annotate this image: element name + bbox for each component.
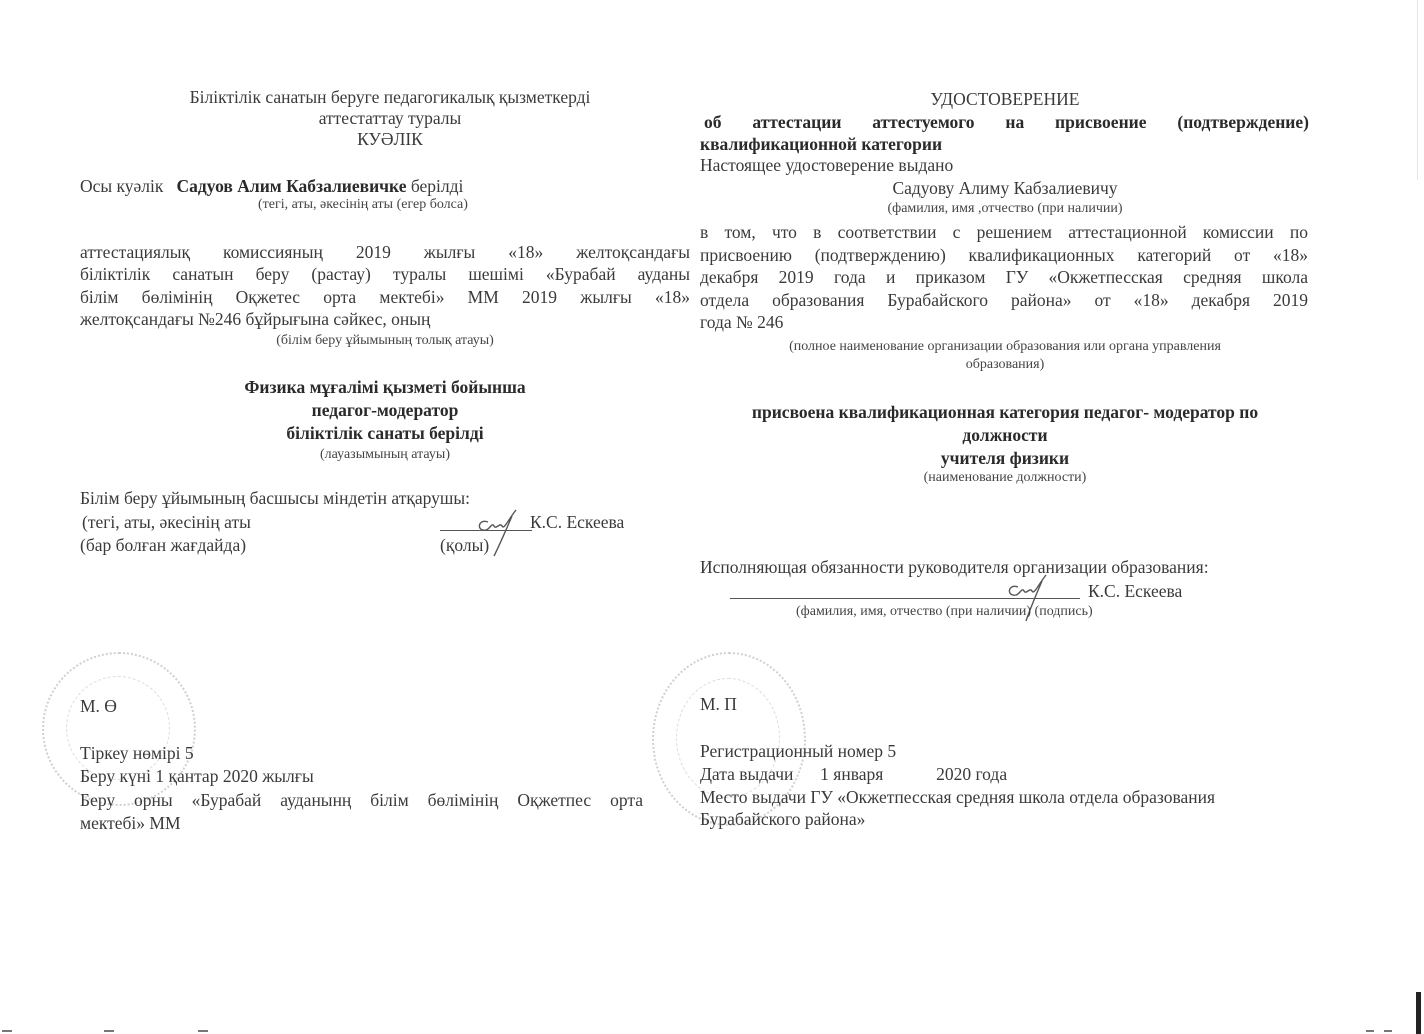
kz-position-line2: педагог-модератор	[80, 399, 690, 421]
ru-position-caption: (наименование должности)	[700, 469, 1310, 487]
kz-head-label: Білім беру ұйымының басшысы міндетін атқ…	[80, 487, 470, 509]
ru-issue-place-line2: Бурабайского района»	[700, 808, 865, 830]
scan-dash	[104, 1030, 114, 1032]
ru-reg-number: Регистрационный номер 5	[700, 740, 896, 762]
ru-org-caption-line1: (полное наименование организации образов…	[700, 338, 1310, 356]
kz-signature-caption: (қолы)	[440, 534, 489, 556]
ru-category-line1: присвоена квалификационная категория пед…	[700, 401, 1310, 423]
kz-head-caption2: (бар болған жағдайда)	[80, 534, 246, 556]
kz-position-caption: (лауазымының атауы)	[80, 446, 690, 464]
ru-name-caption: (фамилия, имя ,отчество (при наличии)	[700, 200, 1310, 218]
ru-issue-date-label: Дата выдачи	[700, 764, 793, 784]
ru-body-line4: отдела образования Бурабайского района» …	[700, 289, 1308, 311]
kz-issue-date: Беру күні 1 қантар 2020 жылғы	[80, 765, 314, 787]
ru-issued-intro: Настоящее удостоверение выдано	[700, 154, 953, 176]
ru-issue-date-year: 2020 года	[936, 764, 1007, 784]
ru-category-line2: должности	[700, 424, 1310, 446]
kz-header-line1: Біліктілік санатын беруге педагогикалық …	[80, 86, 700, 108]
ru-body-line1: в том, что в соответствии с решением атт…	[700, 221, 1308, 243]
ru-category-line3: учителя физики	[700, 447, 1310, 469]
kz-position-line3: біліктілік санаты берілді	[80, 422, 690, 444]
scan-dash	[1366, 1030, 1374, 1032]
kz-issued-prefix: Осы куәлік	[80, 176, 163, 196]
kz-org-caption: (білім беру ұйымының толық атауы)	[80, 332, 690, 350]
kz-signatory-name: К.С. Ескеева	[530, 511, 624, 533]
kz-issued-suffix: берілді	[411, 176, 464, 196]
kz-name-caption: (тегі, аты, әкесінің аты (егер болса)	[258, 196, 468, 214]
scan-edge-bar	[1416, 992, 1421, 1034]
scan-dash	[198, 1030, 208, 1032]
kz-recipient-name: Садуов Алим Кабзалиевичке	[177, 176, 407, 196]
ru-head-label: Исполняющая обязанности руководителя орг…	[700, 556, 1209, 578]
kz-stamp-label: М. Ө	[80, 695, 117, 717]
kz-reg-number: Тіркеу нөмірі 5	[80, 742, 194, 764]
ru-signatory-name: К.С. Ескеева	[1088, 580, 1182, 602]
ru-issue-date-day: 1 января	[820, 764, 883, 784]
ru-body-line3: декабря 2019 года и приказом ГУ «Окжетпе…	[700, 266, 1308, 288]
scan-dash	[2, 1030, 12, 1032]
kz-body-line3: білім бөлімінің Оқжетес орта мектебі» ММ…	[80, 286, 690, 308]
ru-subtitle-line1: об аттестации аттестуемого на присвоение…	[704, 111, 1309, 133]
ru-issue-date-line: Дата выдачи 1 января 2020 года	[700, 763, 1007, 785]
scan-dash	[1384, 1030, 1392, 1032]
ru-signature-caption: (фамилия, имя, отчество (при наличии) (п…	[796, 603, 1093, 621]
ru-org-caption-line2: образования)	[700, 356, 1310, 374]
ru-body-line5: года № 246	[700, 311, 783, 333]
kz-position-line1: Физика мұғалімі қызметі бойынша	[80, 376, 690, 398]
kz-body-line4: желтоқсандағы №246 бұйрығына сәйкес, оны…	[80, 308, 430, 330]
kz-body-line1: аттестациялық комиссияның 2019 жылғы «18…	[80, 241, 690, 263]
kz-body-line2: біліктілік санатын беру (растау) туралы …	[80, 263, 690, 285]
kz-issued-line: Осы куәлік Садуов Алим Кабзалиевичке бер…	[80, 175, 463, 197]
ru-issue-place-line1: Место выдачи ГУ «Окжетпесская средняя шк…	[700, 786, 1215, 808]
ru-title: УДОСТОВЕРЕНИЕ	[700, 88, 1310, 110]
kz-head-caption1: (тегі, аты, әкесінің аты	[82, 511, 251, 533]
ru-subtitle-line2: квалификационной категории	[700, 133, 942, 155]
kz-issue-place-line1: Беру орны «Бурабай ауданынң білім бөлімі…	[80, 789, 643, 811]
kz-issue-place-line2: мектебі» ММ	[80, 812, 181, 834]
scan-edge-line	[1417, 0, 1418, 180]
kz-header-line2: аттестаттау туралы	[80, 107, 700, 129]
ru-body-line2: присвоению (подтверждению) квалификацион…	[700, 244, 1308, 266]
ru-recipient-name: Садуову Алиму Кабзалиевичу	[700, 177, 1310, 199]
ru-stamp-label: М. П	[700, 693, 737, 715]
kz-title: КУӘЛІК	[80, 128, 700, 150]
